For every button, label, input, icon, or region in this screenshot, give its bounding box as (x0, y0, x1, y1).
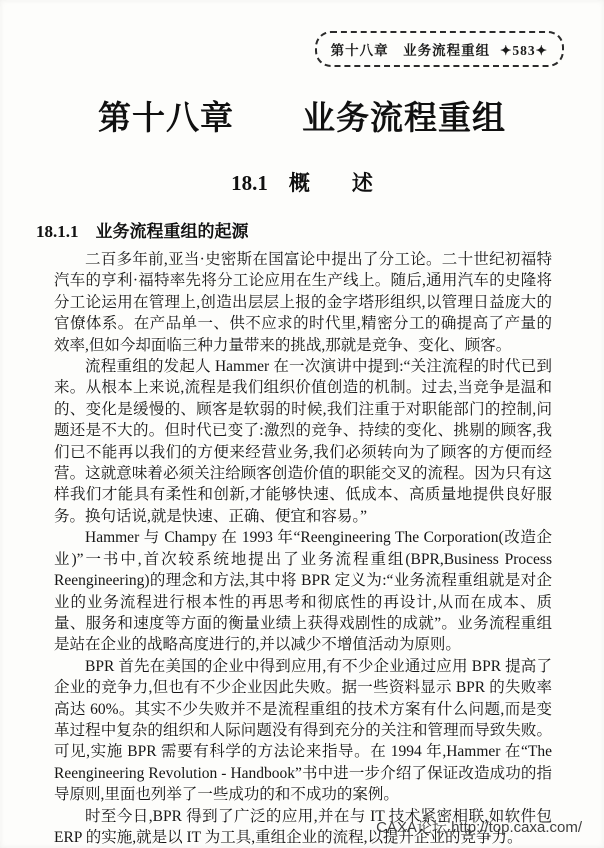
paragraph-bpr-application-failure: BPR 首先在美国的企业中得到应用,有不少企业通过应用 BPR 提高了企业的竞争… (54, 656, 552, 806)
chapter-title: 第十八章 业务流程重组 (0, 92, 604, 139)
book-page: 第十八章 业务流程重组✦583✦ 第十八章 业务流程重组 18.1 概 述 18… (0, 0, 604, 848)
subsection-title: 18.1.1 业务流程重组的起源 (36, 217, 604, 242)
paragraph-origin-of-bpr: 二百多年前,亚当·史密斯在国富论中提出了分工论。二十世纪初福特汽车的亨利·福特率… (54, 249, 552, 356)
body-text: 二百多年前,亚当·史密斯在国富论中提出了分工论。二十世纪初福特汽车的亨利·福特率… (54, 249, 552, 848)
running-header-page-number: ✦583✦ (500, 43, 548, 58)
running-header-chapter: 第十八章 业务流程重组 (331, 43, 491, 58)
paragraph-hammer-speech: 流程重组的发起人 Hammer 在一次演讲中提到:“关注流程的时代已到来。从根本… (54, 356, 552, 527)
running-header: 第十八章 业务流程重组✦583✦ (315, 31, 564, 67)
watermark-footer: CAXA论坛 http://top.caxa.com/ (376, 816, 582, 837)
section-title: 18.1 概 述 (0, 167, 604, 197)
paragraph-bpr-definition: Hammer 与 Champy 在 1993 年“Reengineering T… (54, 527, 552, 655)
